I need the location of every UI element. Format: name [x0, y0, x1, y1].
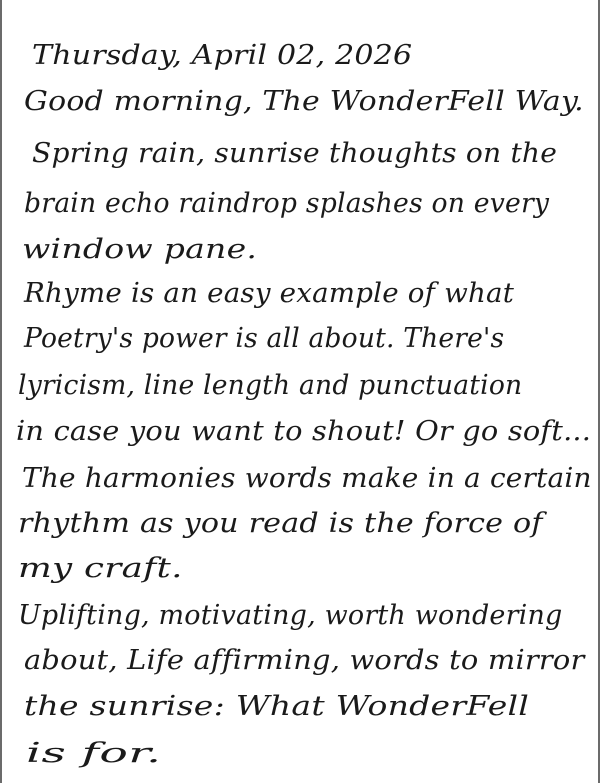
- text-line: Spring rain, sunrise thoughts on the: [32, 140, 557, 167]
- text-line: Rhyme is an easy example of what: [24, 280, 514, 307]
- text-line: The harmonies words make in a certain: [22, 465, 592, 492]
- text-line: in case you want to shout! Or go soft...: [16, 418, 591, 445]
- text-line: Uplifting, motivating, worth wondering: [18, 602, 562, 629]
- text-line: window pane.: [22, 236, 257, 263]
- journal-page: Thursday, April 02, 2026 Good morning, T…: [0, 0, 600, 783]
- text-line: the sunrise: What WonderFell: [24, 693, 529, 720]
- text-line: rhythm as you read is the force of: [18, 510, 543, 537]
- date-line: Thursday, April 02, 2026: [32, 42, 412, 69]
- text-line: Good morning, The WonderFell Way.: [24, 88, 584, 115]
- text-line: Poetry's power is all about. There's: [24, 325, 504, 352]
- text-line: my craft.: [18, 555, 183, 582]
- handwritten-text: Thursday, April 02, 2026 Good morning, T…: [2, 0, 598, 783]
- text-line: about, Life affirming, words to mirror: [24, 647, 585, 674]
- text-line: brain echo raindrop splashes on every: [24, 190, 549, 217]
- text-line: is for.: [26, 740, 161, 767]
- text-line: lyricism, line length and punctuation: [18, 372, 522, 399]
